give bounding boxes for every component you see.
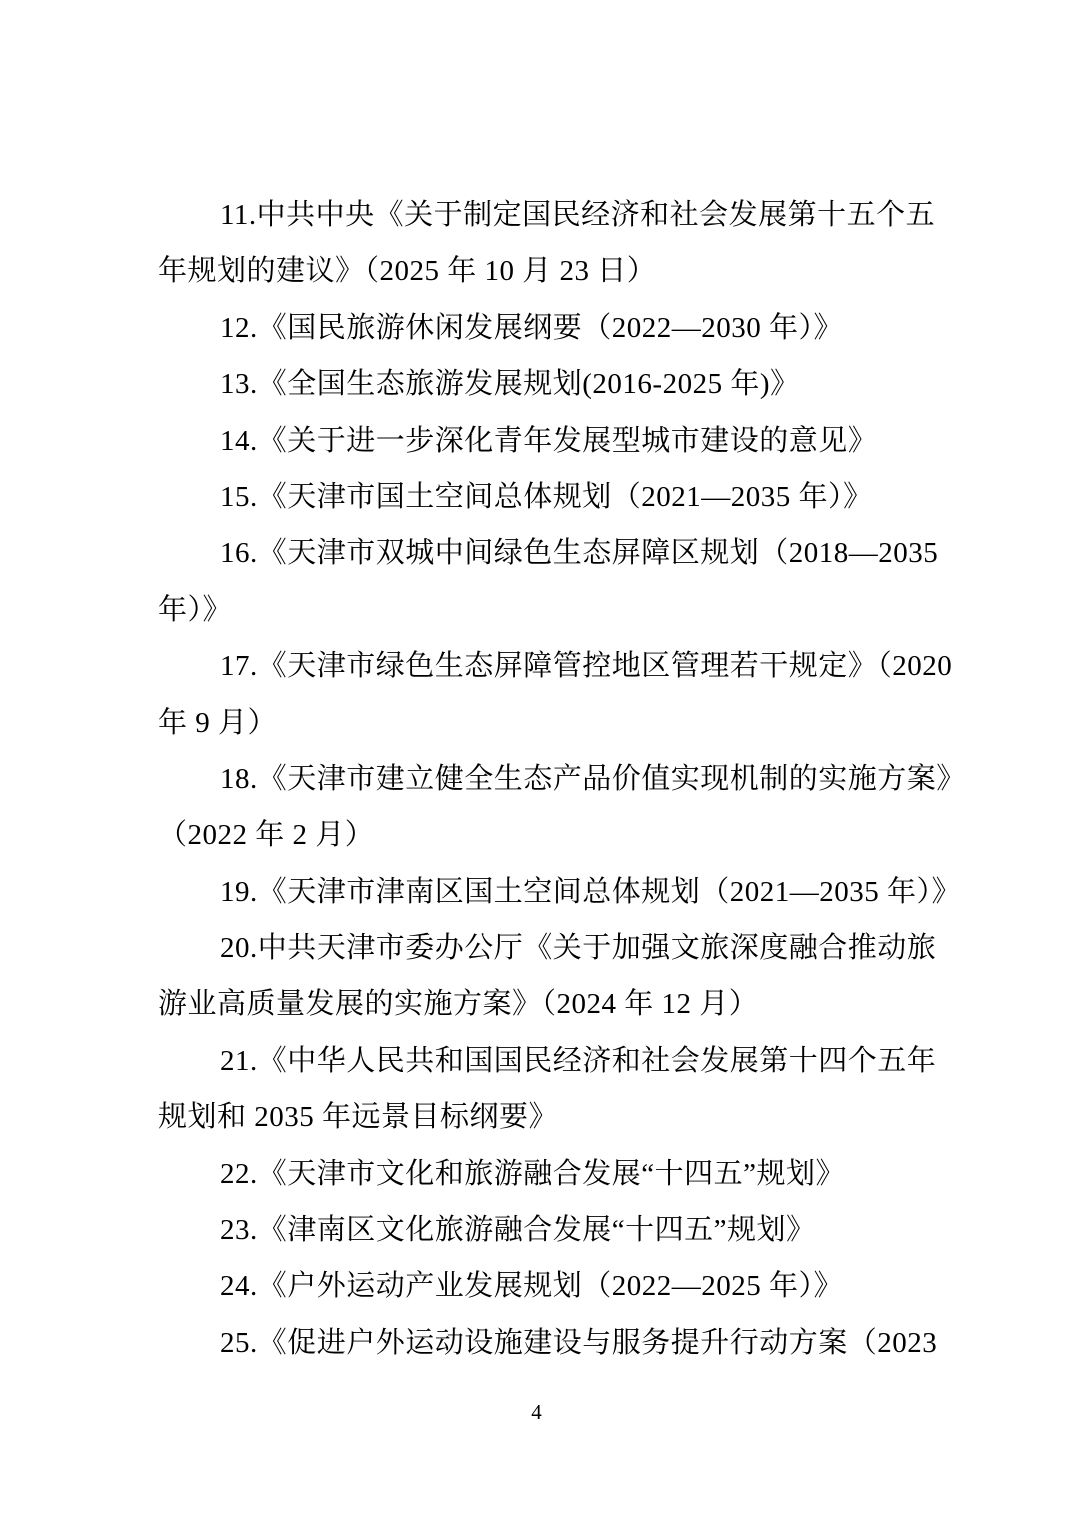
document-line: 规划和 2035 年远景目标纲要》	[158, 1089, 920, 1145]
document-line: 24.《户外运动产业发展规划（2022—2025 年）》	[158, 1258, 920, 1314]
document-line: 22.《天津市文化和旅游融合发展“十四五”规划》	[158, 1146, 920, 1202]
document-line: 16.《天津市双城中间绿色生态屏障区规划（2018—2035	[158, 525, 920, 581]
document-line: 游业高质量发展的实施方案》（2024 年 12 月）	[158, 976, 920, 1032]
page: 11.中共中央《关于制定国民经济和社会发展第十五个五 年规划的建议》（2025 …	[0, 0, 1073, 1519]
document-line: 年）》	[158, 582, 920, 638]
document-line: 13.《全国生态旅游发展规划(2016-2025 年)》	[158, 356, 920, 412]
document-body: 11.中共中央《关于制定国民经济和社会发展第十五个五 年规划的建议》（2025 …	[158, 187, 920, 1371]
document-line: 年规划的建议》（2025 年 10 月 23 日）	[158, 243, 920, 299]
document-line: （2022 年 2 月）	[158, 807, 920, 863]
document-line: 21.《中华人民共和国国民经济和社会发展第十四个五年	[158, 1033, 920, 1089]
document-line: 15.《天津市国土空间总体规划（2021—2035 年）》	[158, 469, 920, 525]
document-line: 17.《天津市绿色生态屏障管控地区管理若干规定》（2020	[158, 638, 920, 694]
document-line: 25.《促进户外运动设施建设与服务提升行动方案（2023	[158, 1315, 920, 1371]
document-line: 12.《国民旅游休闲发展纲要（2022—2030 年）》	[158, 300, 920, 356]
document-line: 18.《天津市建立健全生态产品价值实现机制的实施方案》	[158, 751, 920, 807]
document-line: 23.《津南区文化旅游融合发展“十四五”规划》	[158, 1202, 920, 1258]
document-line: 14.《关于进一步深化青年发展型城市建设的意见》	[158, 413, 920, 469]
document-line: 20.中共天津市委办公厅《关于加强文旅深度融合推动旅	[158, 920, 920, 976]
document-line: 11.中共中央《关于制定国民经济和社会发展第十五个五	[158, 187, 920, 243]
document-line: 年 9 月）	[158, 695, 920, 751]
page-number: 4	[0, 1398, 1073, 1426]
document-line: 19.《天津市津南区国土空间总体规划（2021—2035 年）》	[158, 864, 920, 920]
